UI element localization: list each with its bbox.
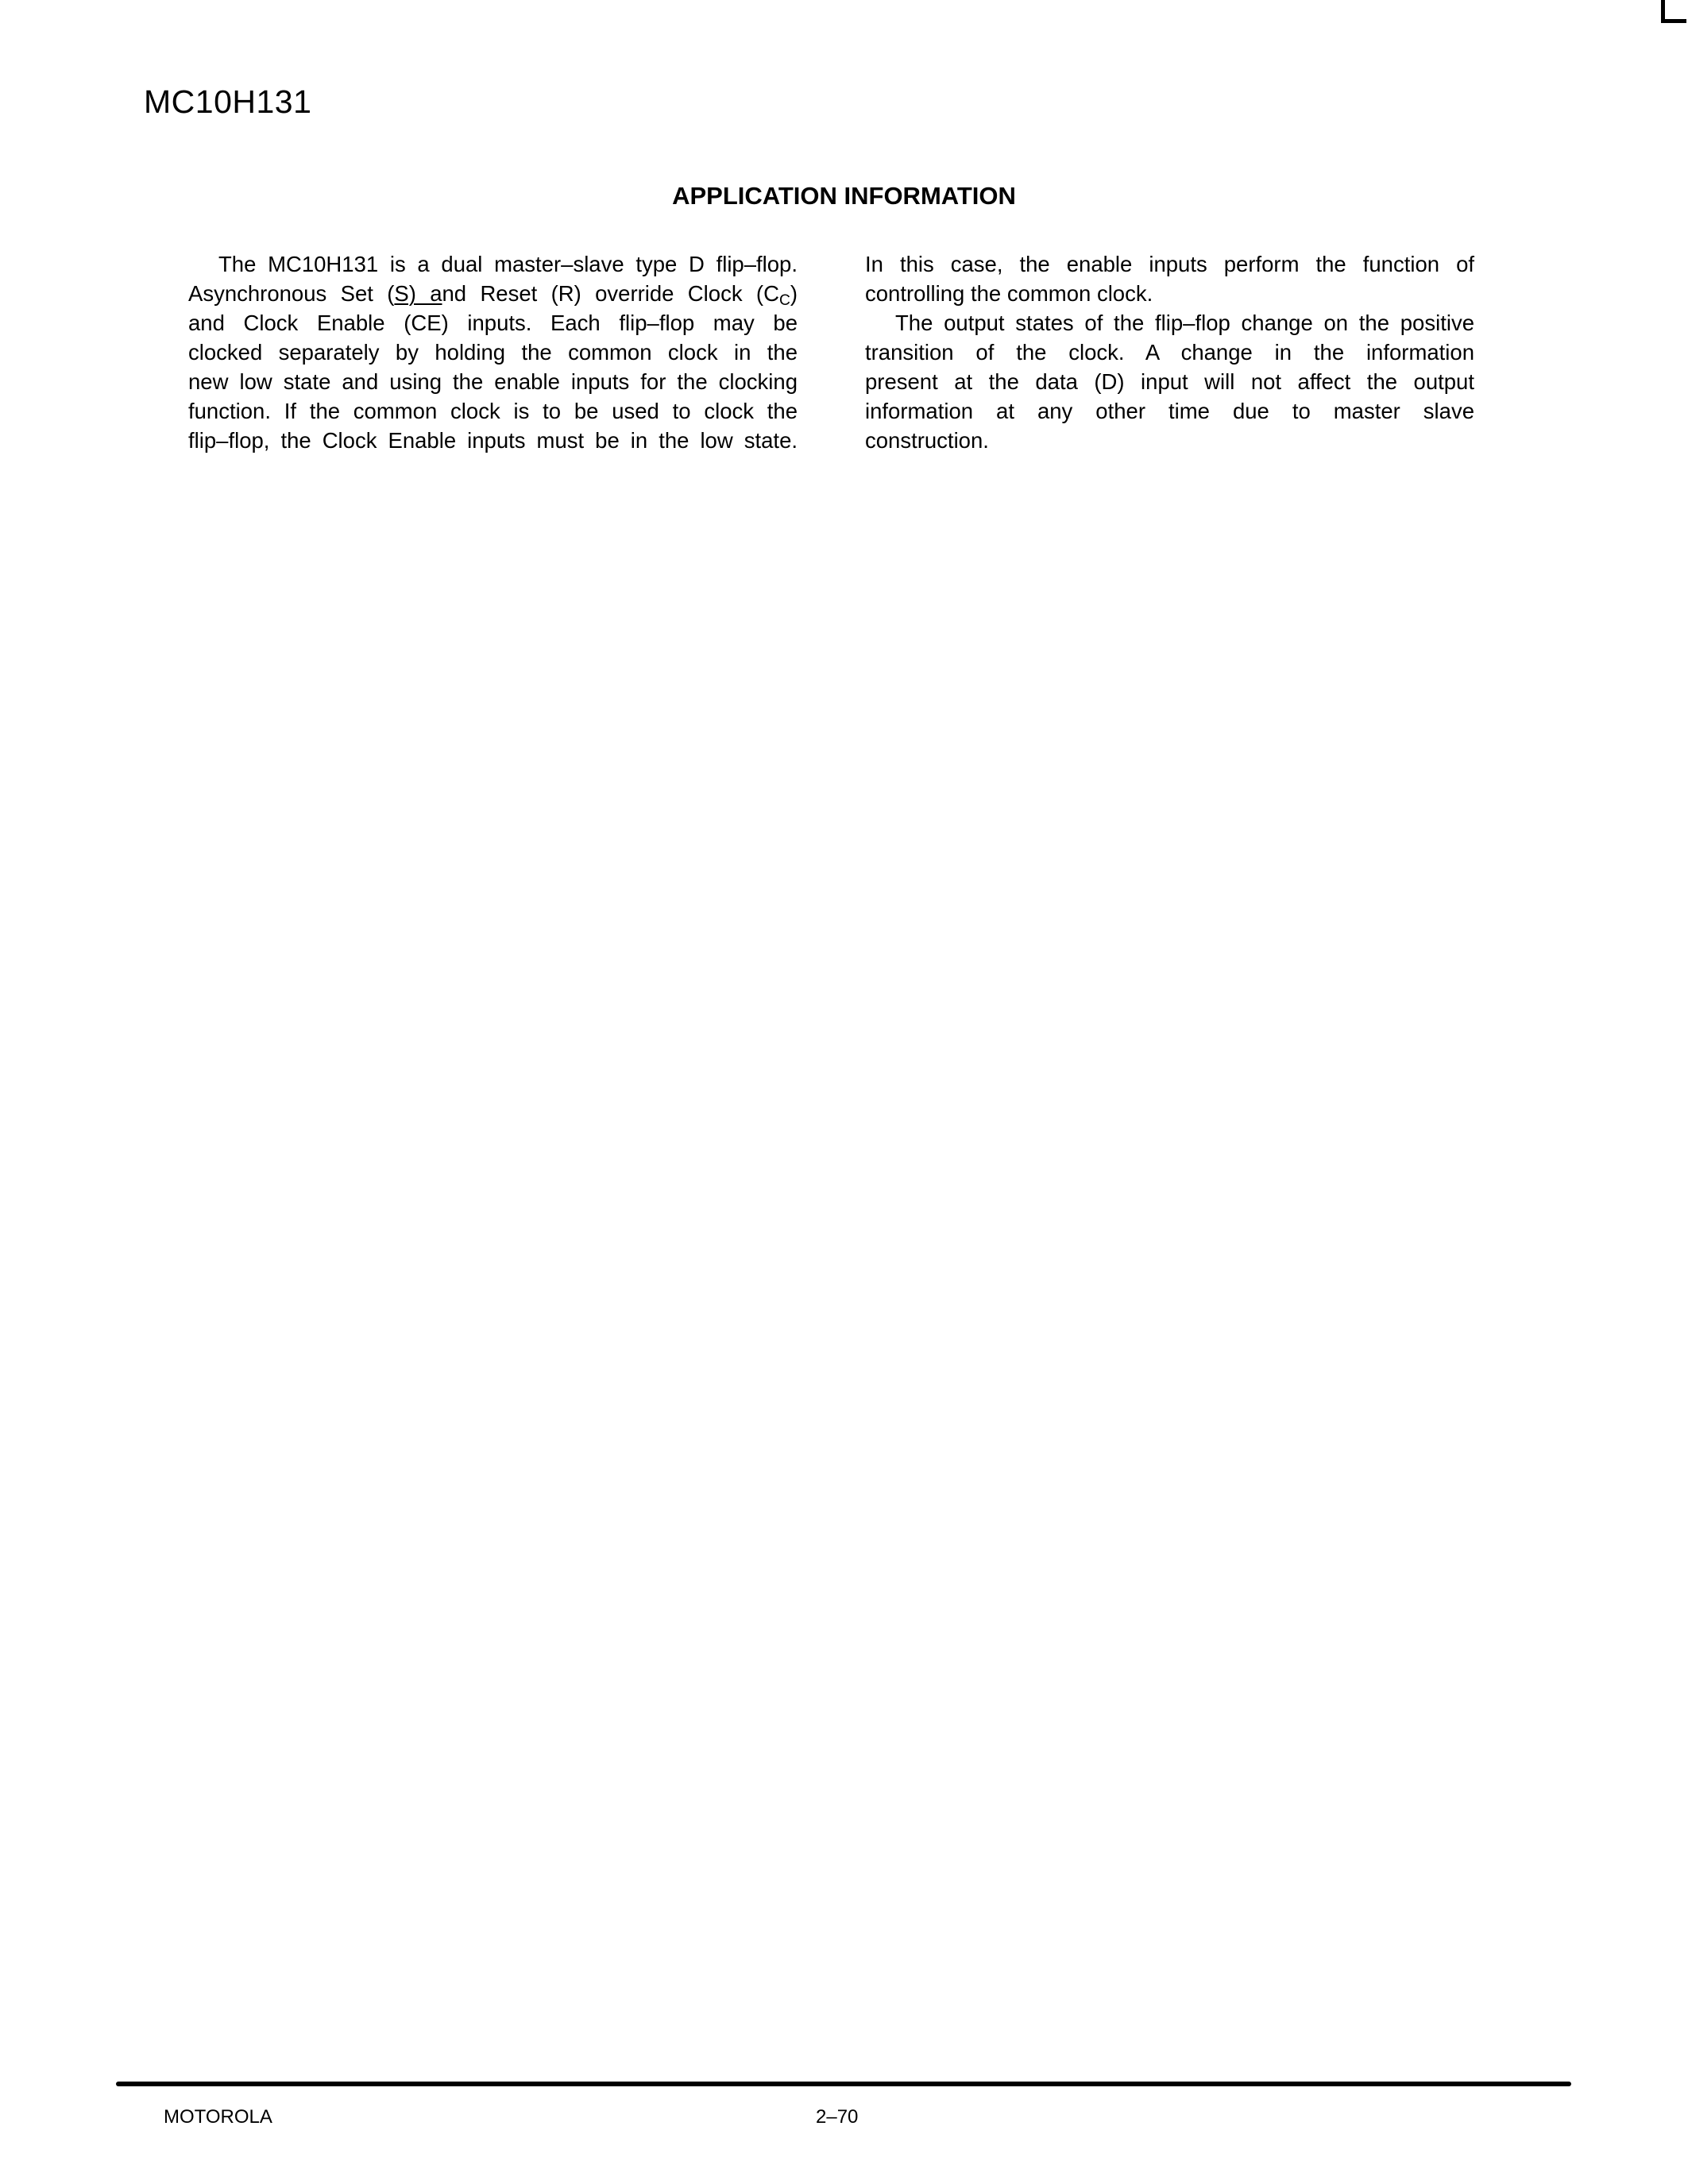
text-line: function. If the common clock is to be u… [188, 396, 798, 426]
text-line: and Clock Enable (CE) inputs. Each flip–… [188, 308, 798, 338]
left-column: The MC10H131 is a dual master–slave type… [188, 249, 798, 455]
text-line: present at the data (D) input will not a… [865, 367, 1474, 396]
part-number-header: MC10H131 [144, 83, 311, 121]
set-signal-overbar: S) a [394, 281, 442, 306]
paragraph-output-states: The output states of the flip–flop chang… [865, 308, 1474, 455]
text-line: flip–flop, the Clock Enable inputs must … [188, 426, 798, 455]
section-title: APPLICATION INFORMATION [0, 181, 1688, 211]
crop-mark-horizontal [1661, 19, 1686, 23]
text-line: Asynchronous Set (S) and Reset (R) overr… [188, 279, 798, 308]
footer-rule [116, 2082, 1571, 2086]
text-line: transition of the clock. A change in the… [865, 338, 1474, 367]
paragraph-intro: The MC10H131 is a dual master–slave type… [188, 249, 798, 455]
text-line: new low state and using the enable input… [188, 367, 798, 396]
paragraph-intro-continued: In this case, the enable inputs perform … [865, 249, 1474, 308]
clock-subscript: C [779, 292, 790, 309]
text-line: clocked separately by holding the common… [188, 338, 798, 367]
footer-company: MOTOROLA [164, 2105, 272, 2129]
text-line: information at any other time due to mas… [865, 396, 1474, 426]
text-line: The MC10H131 is a dual master–slave type… [188, 249, 798, 279]
right-column: In this case, the enable inputs perform … [865, 249, 1474, 455]
text-line: construction. [865, 426, 1474, 455]
text-line: The output states of the flip–flop chang… [865, 308, 1474, 338]
text-line: controlling the common clock. [865, 279, 1474, 308]
footer-page-number: 2–70 [816, 2105, 858, 2129]
text-line: In this case, the enable inputs perform … [865, 249, 1474, 279]
